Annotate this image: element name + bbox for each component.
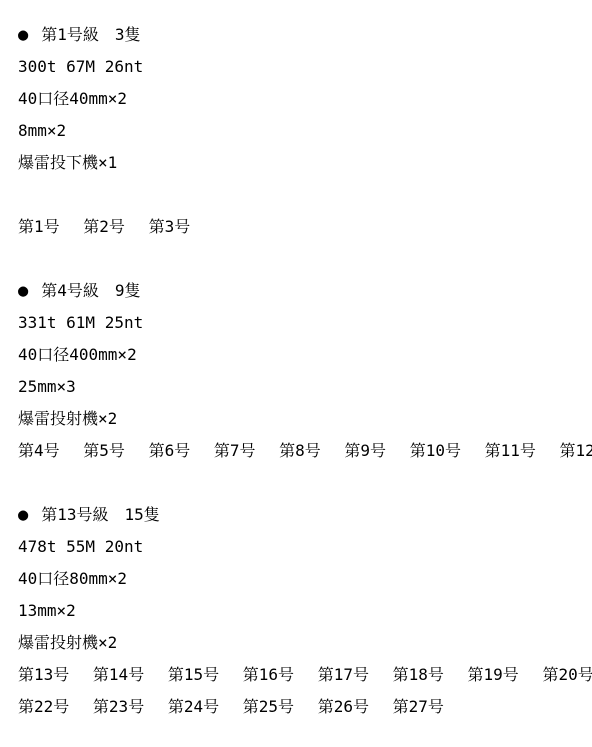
spec-depth-charge: 爆雷投下機×1 [18,147,592,179]
class-name: 第4号級 [41,281,99,300]
ship-name: 第15号 [168,665,219,684]
ship-name: 第22号 [18,697,69,716]
ship-name: 第23号 [93,697,144,716]
ship-name: 第9号 [344,441,386,460]
bullet-icon: ● [18,275,28,307]
ship-name: 第8号 [279,441,321,460]
ship-list-row: 第4号 第5号 第6号 第7号 第8号 第9号 第10号 第11号 第12号 [18,435,592,467]
spec-depth-charge: 爆雷投射機×2 [18,627,592,659]
ship-name: 第24号 [168,697,219,716]
ship-count: 3隻 [115,25,141,44]
spec-depth-charge: 爆雷投射機×2 [18,403,592,435]
ship-name: 第18号 [393,665,444,684]
class-heading: ●第13号級15隻 [18,499,592,531]
spec-main-gun: 40口径80mm×2 [18,563,592,595]
ship-class-section-2: ●第4号級9隻 331t 61M 25nt 40口径400mm×2 25mm×3… [18,275,592,467]
ship-name: 第10号 [410,441,461,460]
spec-machine-gun: 13mm×2 [18,595,592,627]
ship-name: 第14号 [93,665,144,684]
ship-name: 第25号 [243,697,294,716]
ship-name: 第27号 [393,697,444,716]
spec-displacement: 478t 55M 20nt [18,531,592,563]
bullet-icon: ● [18,19,28,51]
ship-name: 第7号 [214,441,256,460]
class-heading: ●第1号級3隻 [18,19,592,51]
ship-name: 第1号 [18,217,60,236]
ship-name: 第6号 [149,441,191,460]
ship-name: 第2号 [83,217,125,236]
ship-list-row: 第22号 第23号 第24号 第25号 第26号 第27号 [18,691,592,723]
ship-name: 第5号 [83,441,125,460]
bullet-icon: ● [18,499,28,531]
spec-machine-gun: 25mm×3 [18,371,592,403]
ship-name: 第4号 [18,441,60,460]
ship-class-section-3: ●第13号級15隻 478t 55M 20nt 40口径80mm×2 13mm×… [18,499,592,723]
class-name: 第1号級 [41,25,99,44]
class-heading: ●第4号級9隻 [18,275,592,307]
ship-count: 15隻 [125,505,160,524]
ship-list-row: 第13号 第14号 第15号 第16号 第17号 第18号 第19号 第20号 … [18,659,592,691]
ship-name: 第17号 [318,665,369,684]
ship-name: 第16号 [243,665,294,684]
ship-list-row: 第1号 第2号 第3号 [18,211,592,243]
ship-name: 第20号 [542,665,592,684]
ship-name: 第13号 [18,665,69,684]
ship-name: 第11号 [485,441,536,460]
ship-count: 9隻 [115,281,141,300]
spec-main-gun: 40口径400mm×2 [18,339,592,371]
ship-class-section-1: ●第1号級3隻 300t 67M 26nt 40口径40mm×2 8mm×2 爆… [18,19,592,243]
spec-displacement: 331t 61M 25nt [18,307,592,339]
spec-machine-gun: 8mm×2 [18,115,592,147]
ship-name: 第3号 [149,217,191,236]
ship-name: 第12号 [560,441,592,460]
ship-name: 第26号 [318,697,369,716]
ship-name: 第19号 [468,665,519,684]
document-page: ●第1号級3隻 300t 67M 26nt 40口径40mm×2 8mm×2 爆… [0,0,592,747]
spec-main-gun: 40口径40mm×2 [18,83,592,115]
spec-displacement: 300t 67M 26nt [18,51,592,83]
class-name: 第13号級 [41,505,108,524]
